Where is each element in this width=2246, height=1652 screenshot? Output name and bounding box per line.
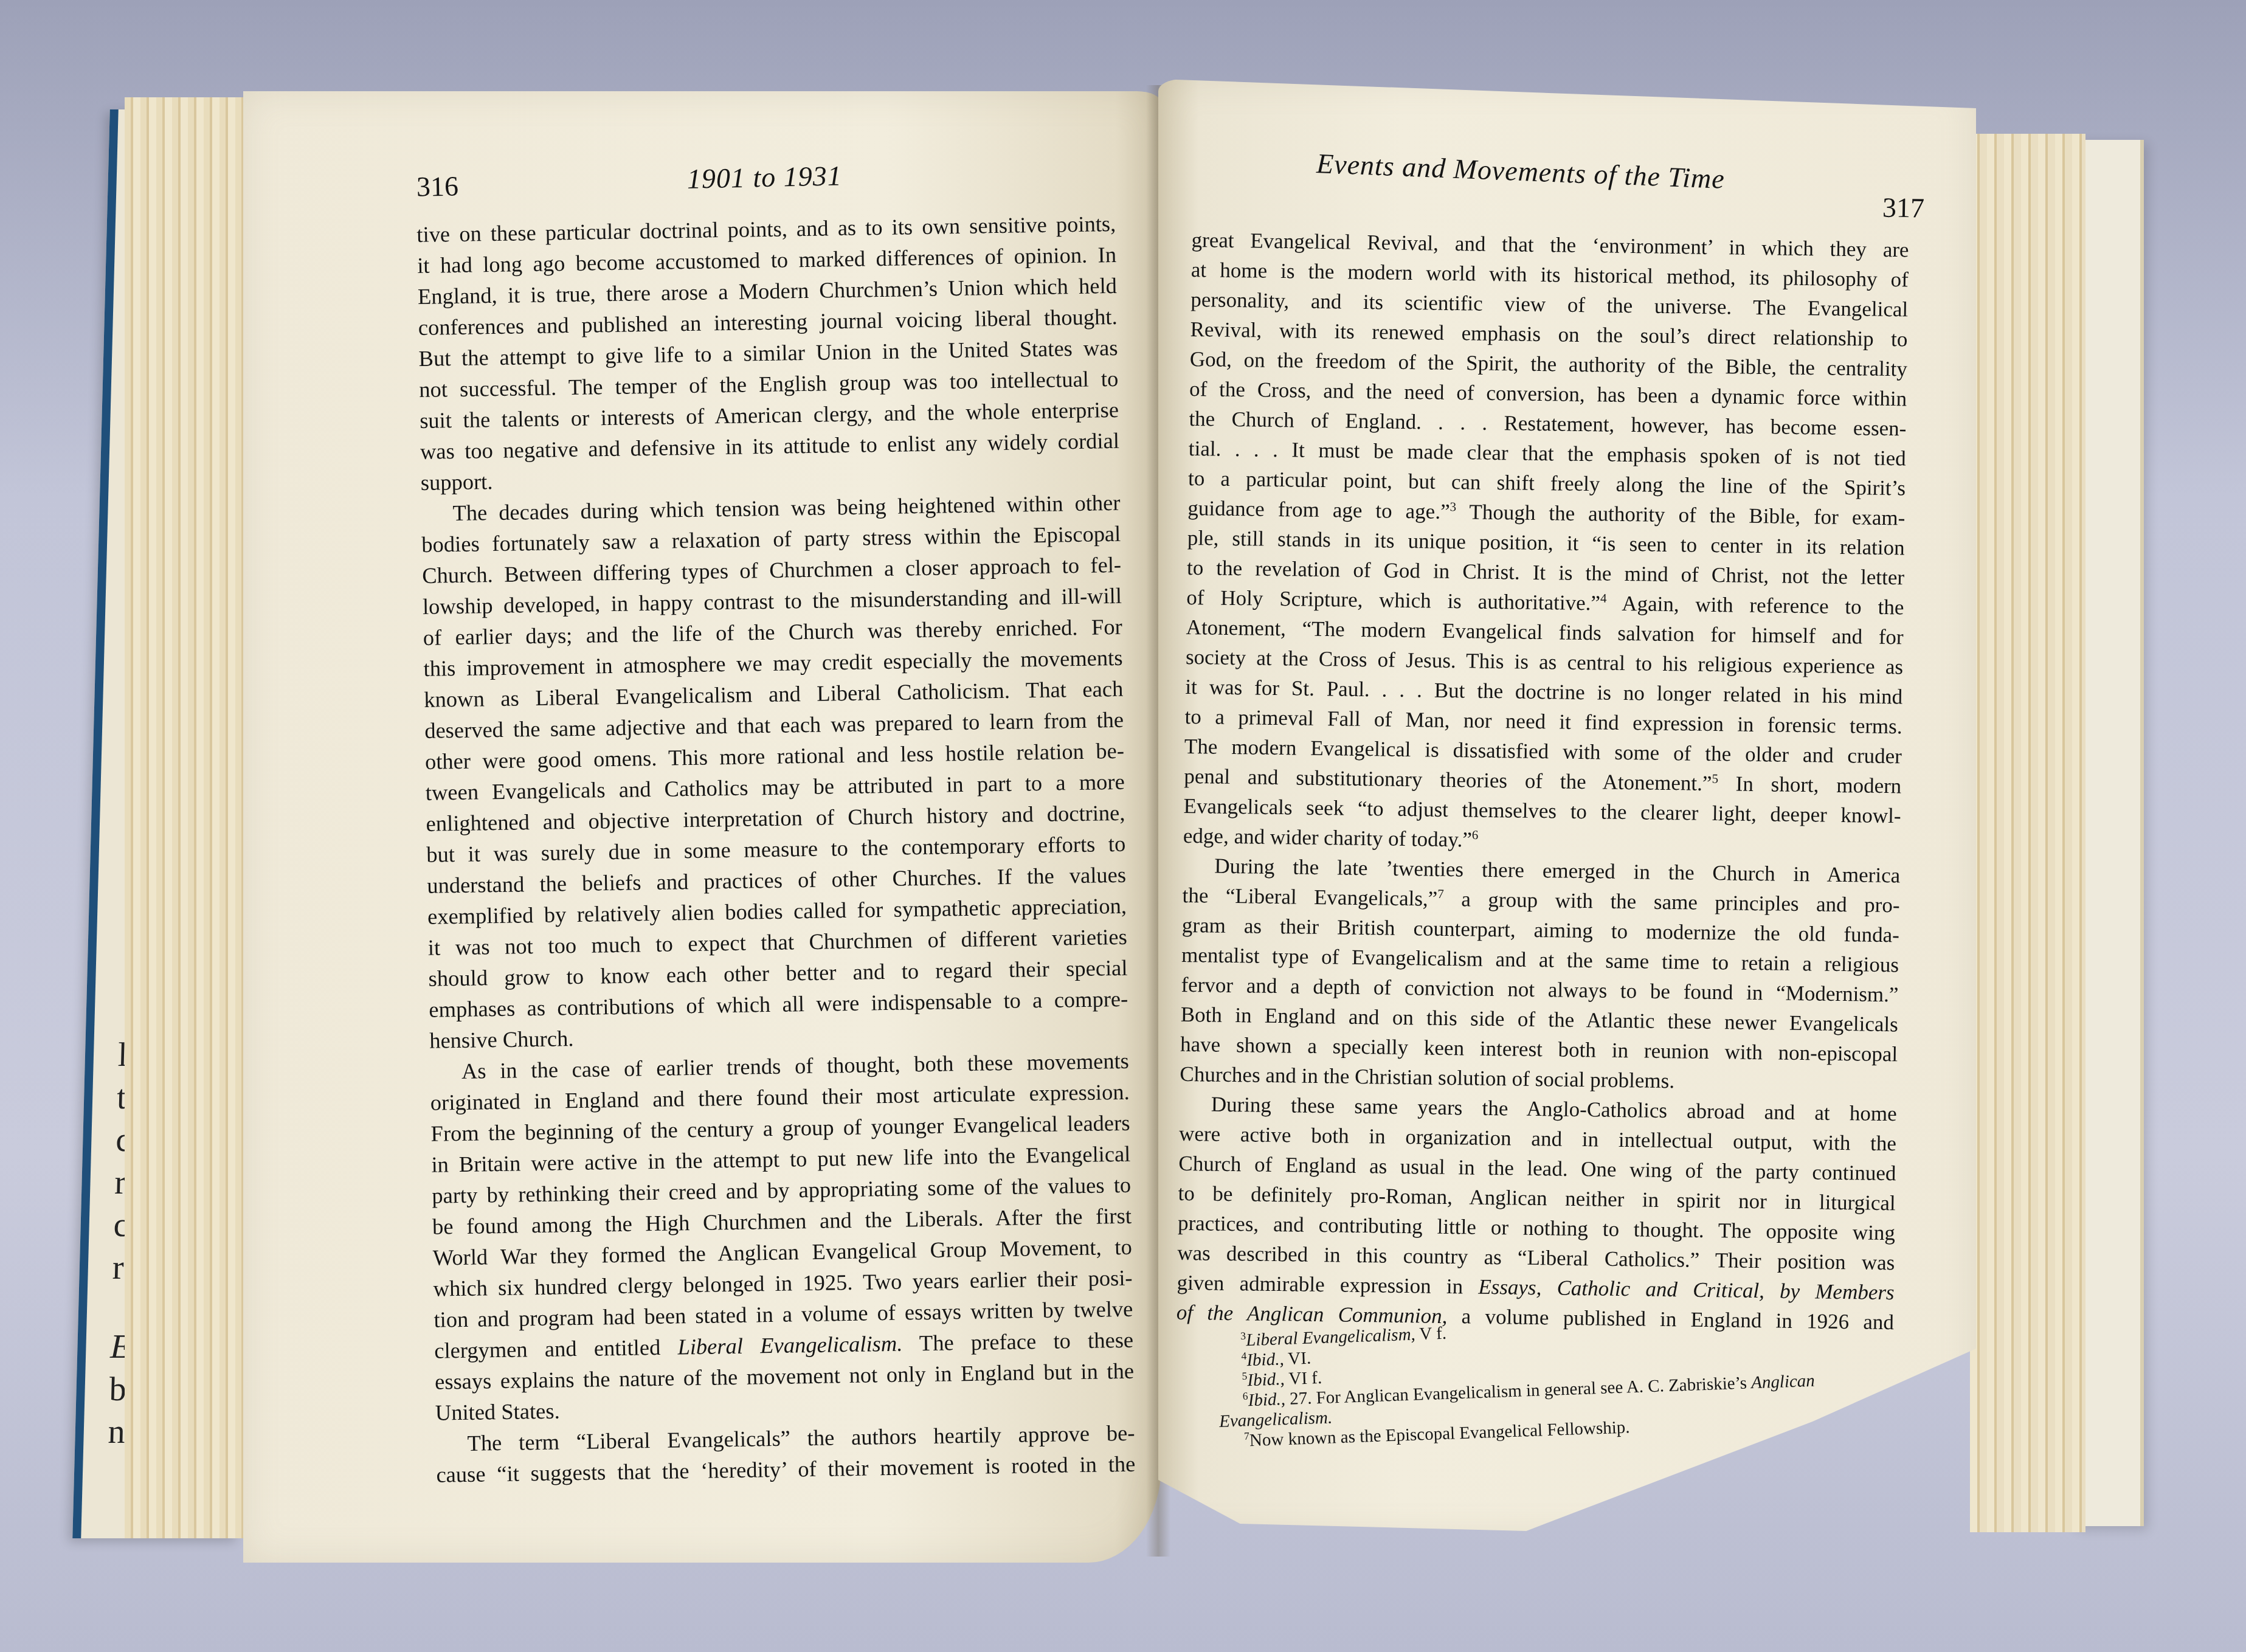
page-edges-left — [125, 97, 255, 1538]
footnote-ref: 4 — [1600, 591, 1607, 606]
book-title-italic: of the Anglican Communion, — [1177, 1301, 1448, 1328]
page-number: 316 — [416, 170, 459, 202]
paragraph: During these same years the Anglo-Cathol… — [1177, 1089, 1897, 1337]
footnote-title: Ibid., — [1246, 1349, 1284, 1370]
footnote-ref: 3 — [1450, 499, 1457, 514]
book-title-italic: Liberal Evangelicalism. — [677, 1331, 902, 1360]
photo-scene: l t c r c r E b n 316 1901 to 1931 tive … — [0, 0, 2246, 1652]
footnote-ref: 6 — [1472, 828, 1479, 842]
paragraph: As in the case of earlier trends of thou… — [430, 1045, 1135, 1428]
footnotes: 3Liberal Evangelicalism, V f. 4Ibid., VI… — [1216, 1309, 1858, 1452]
text-span: In short, modern — [1718, 772, 1902, 798]
footnote-title: Ibid., — [1248, 1389, 1285, 1410]
paragraph: The decades during which tension was bei… — [421, 487, 1128, 1056]
text-span: clergymen and entitled — [434, 1334, 678, 1363]
paragraph: During the late ’twenties there emerged … — [1180, 851, 1900, 1099]
page-316: 316 1901 to 1931 tive on these particula… — [243, 91, 1161, 1563]
paragraph: The term “Liberal Evangelicals” the auth… — [435, 1417, 1135, 1490]
text-span: of Holy Scripture, which is authoritativ… — [1186, 586, 1600, 615]
footnote-text: VI f. — [1284, 1368, 1322, 1389]
footnote-ref: 7 — [1437, 886, 1444, 901]
body-text: great Evangelical Revival, and that the … — [1177, 225, 1909, 1337]
text-span: a group with the same principles and pro… — [1443, 887, 1899, 917]
text-span: given admirable expression in — [1177, 1271, 1478, 1299]
text-span: penal and substitutionary theories of th… — [1184, 764, 1712, 795]
page-number: 317 — [1882, 191, 1925, 224]
text-span: Though the authority of the Bible, for e… — [1456, 500, 1906, 530]
text-span: the “Liberal Evangelicals,” — [1182, 883, 1437, 911]
text-span: guidance from age to age.” — [1187, 496, 1450, 524]
text-span: Again, with reference to the — [1606, 592, 1904, 620]
footnote-text: VI. — [1284, 1349, 1311, 1369]
paragraph: tive on these particular doctrinal point… — [416, 208, 1120, 498]
text-span: edge, and wider charity of today.” — [1183, 824, 1472, 852]
running-head: 1901 to 1931 — [686, 159, 842, 195]
footnote-title: Anglican — [1751, 1371, 1816, 1393]
page-317: Events and Movements of the Time 317 gre… — [1158, 79, 1976, 1538]
footnote-title: Ibid., — [1247, 1369, 1285, 1390]
paragraph: great Evangelical Revival, and that the … — [1183, 225, 1909, 860]
footnote-ref: 5 — [1712, 771, 1718, 786]
body-text: tive on these particular doctrinal point… — [416, 208, 1136, 1490]
footnote-text: V f. — [1415, 1324, 1446, 1344]
text-span: The preface to these — [902, 1327, 1133, 1356]
running-head: Events and Movements of the Time — [1316, 147, 1726, 195]
page-edges-right — [1970, 134, 2085, 1532]
book-title-italic: Essays, Catholic and Critical, by Member… — [1478, 1275, 1895, 1305]
